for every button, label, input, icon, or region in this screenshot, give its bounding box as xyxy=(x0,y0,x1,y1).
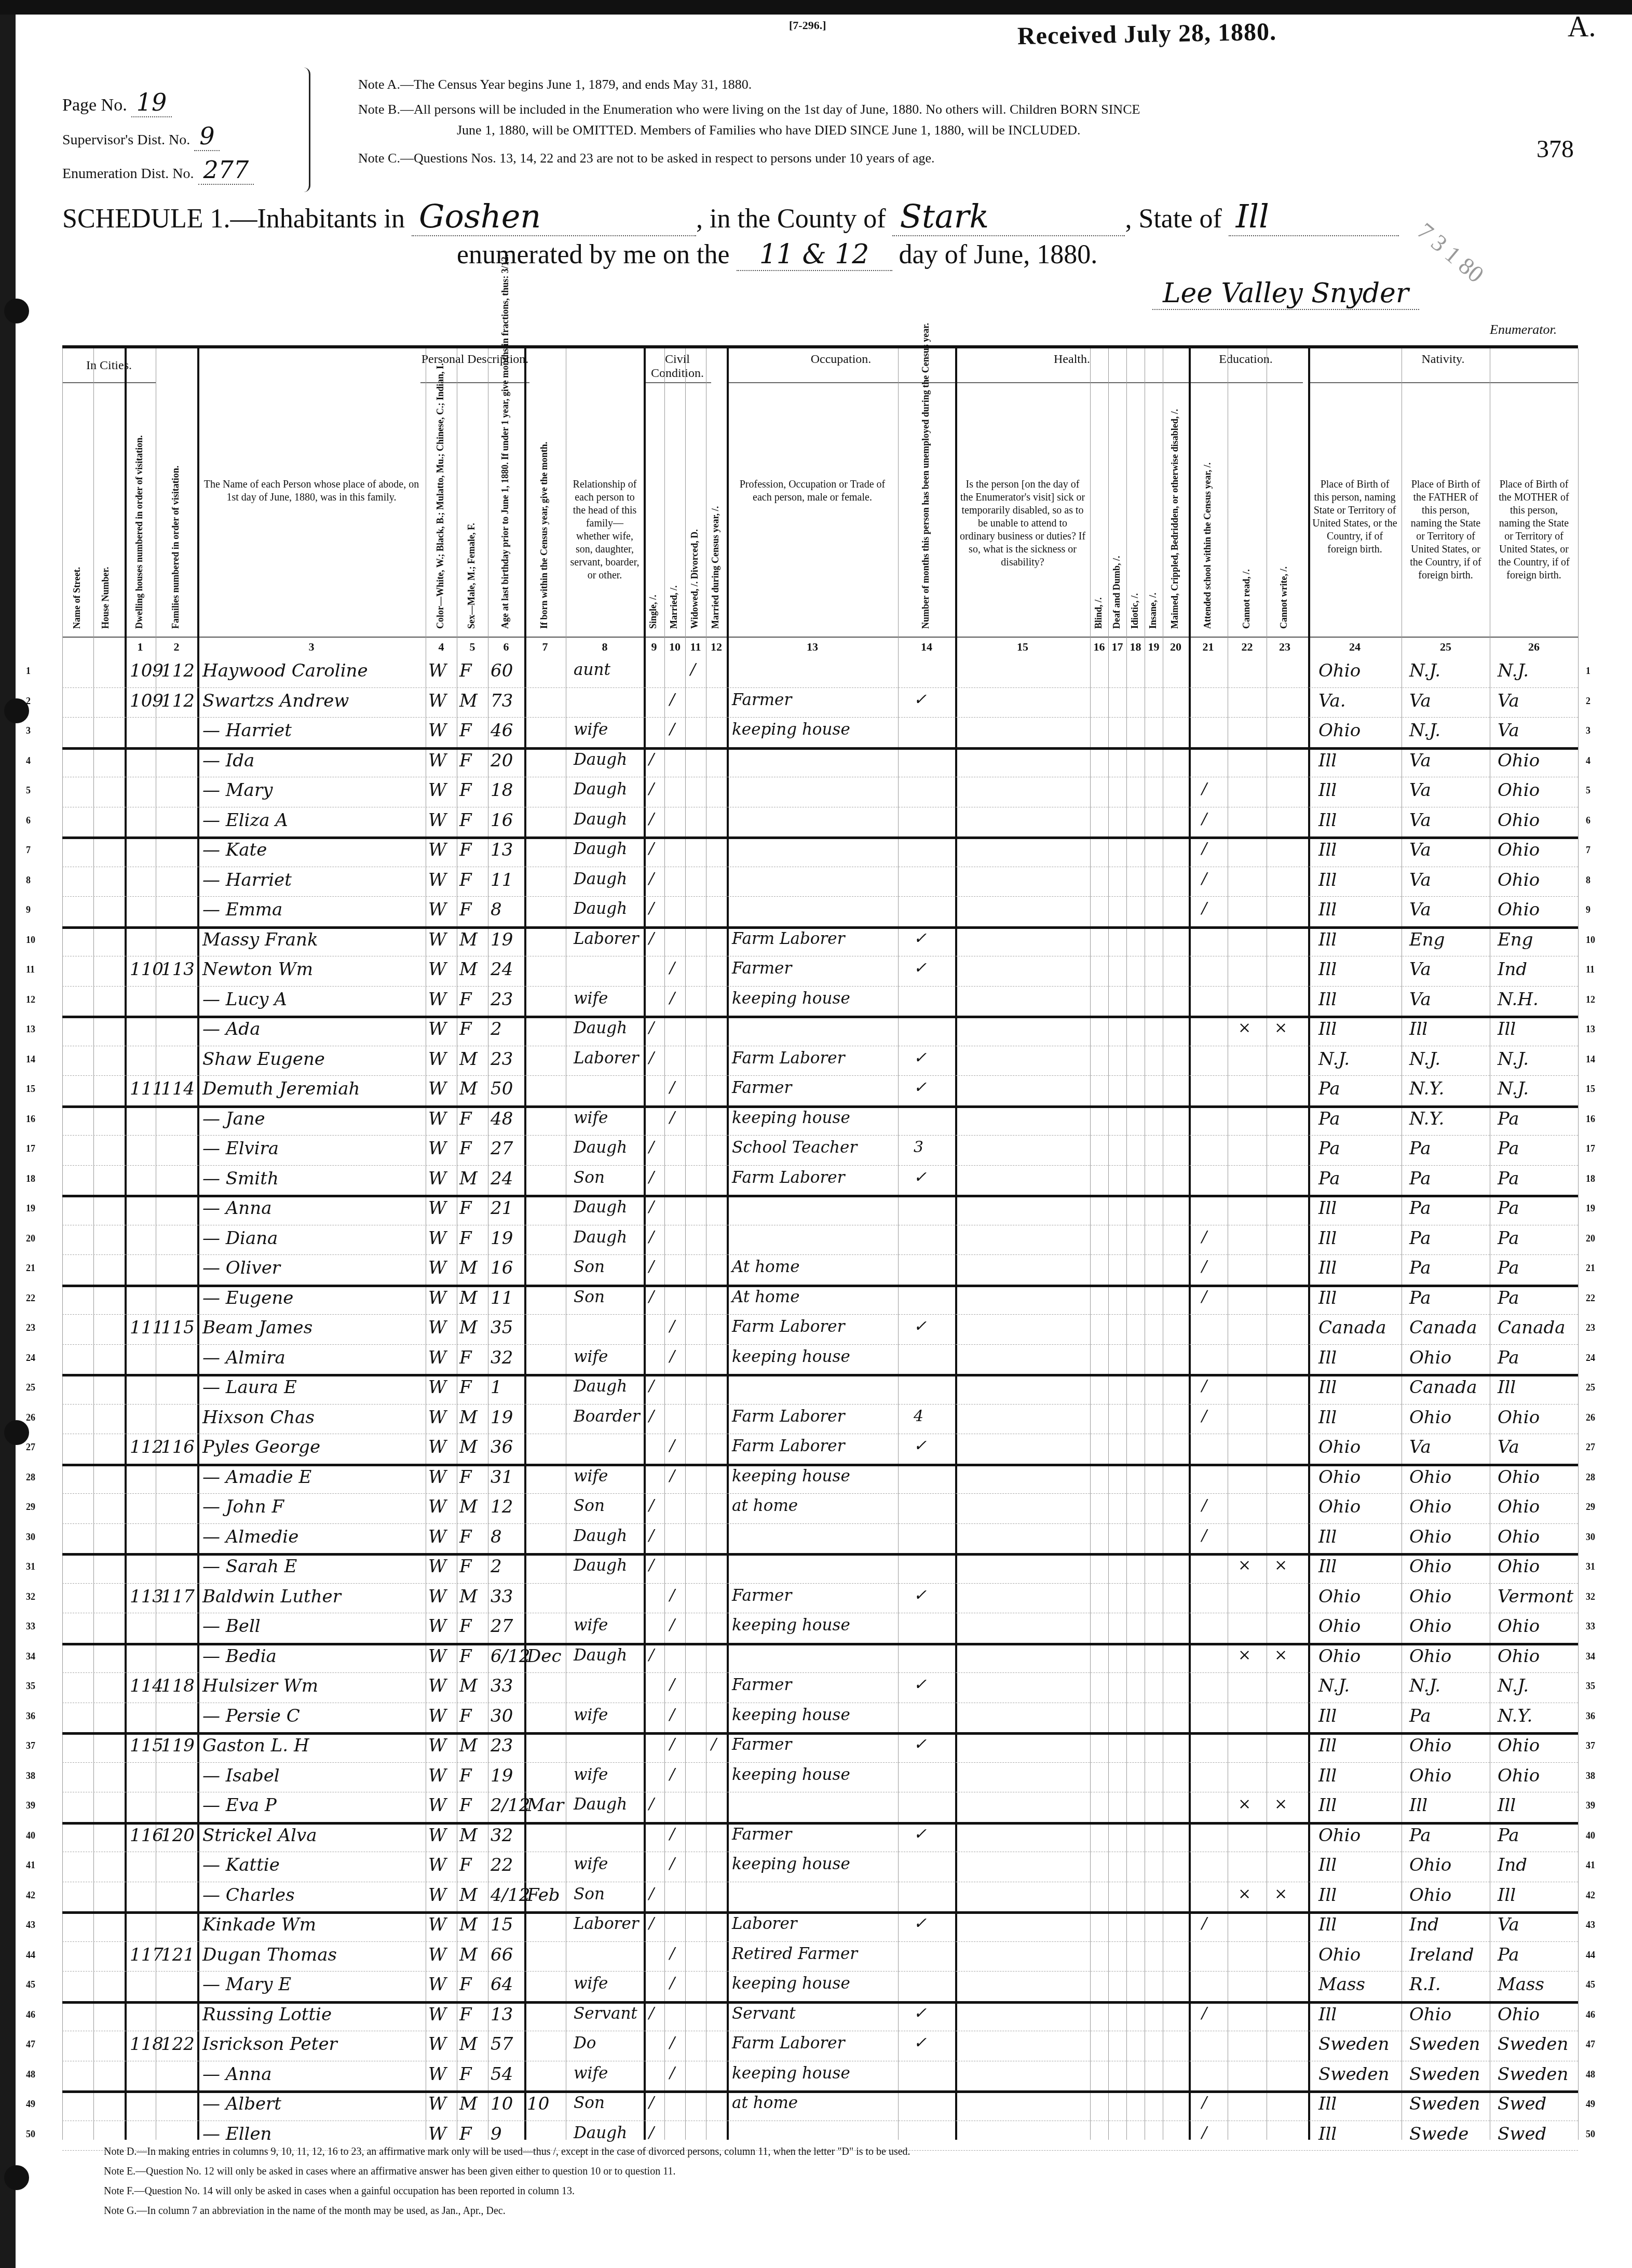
father-birthplace: N.J. xyxy=(1409,1676,1440,1696)
occupation: Farm Laborer xyxy=(732,2034,845,2053)
family-number: 118 xyxy=(161,1676,195,1696)
relationship: Son xyxy=(574,1258,605,1276)
color: W xyxy=(428,1706,446,1726)
father-birthplace: Va xyxy=(1409,899,1431,920)
color: W xyxy=(428,840,446,860)
line-number: 48 xyxy=(1586,2069,1595,2080)
column-number: 25 xyxy=(1402,640,1490,654)
person-name: — Bedia xyxy=(202,1646,277,1667)
age: 15 xyxy=(491,1914,513,1935)
birthplace: Ill xyxy=(1318,2094,1337,2114)
person-name: — Diana xyxy=(202,1228,278,1249)
single-mark: / xyxy=(649,1049,654,1067)
color: W xyxy=(428,780,446,801)
months-unemployed: ✓ xyxy=(914,1735,927,1753)
age: 2/12 xyxy=(491,1795,530,1816)
line-number: 4 xyxy=(1586,755,1590,766)
color: W xyxy=(428,1049,446,1070)
person-name: — Harriet xyxy=(202,870,292,890)
table-row: 2121— OliverWM16Son/At home/IllPaPa xyxy=(62,1254,1578,1287)
color: W xyxy=(428,1795,446,1816)
line-number: 25 xyxy=(1586,1382,1595,1393)
birthplace: Ill xyxy=(1318,1288,1337,1308)
color: W xyxy=(428,1228,446,1249)
person-name: — Laura E xyxy=(202,1377,297,1398)
column-number: 14 xyxy=(898,640,955,654)
binding-ring xyxy=(4,1420,29,1445)
column-header-9: Single, /. xyxy=(648,395,659,629)
age: 1 xyxy=(491,1377,502,1398)
mother-birthplace: N.J. xyxy=(1498,1049,1529,1070)
relationship: Daugh xyxy=(574,1198,627,1217)
line-number: 47 xyxy=(1586,2039,1595,2050)
column-header-21: Attended school within the Census year, … xyxy=(1202,395,1213,629)
months-unemployed: ✓ xyxy=(914,959,927,977)
table-row: 77— KateWF13Daugh//IllVaOhio xyxy=(62,836,1578,867)
age: 18 xyxy=(491,780,513,801)
birthplace: Ill xyxy=(1318,1885,1337,1906)
family-number: 120 xyxy=(161,1825,195,1846)
married-mark: / xyxy=(670,1437,675,1455)
birthplace: Ill xyxy=(1318,1527,1337,1547)
father-birthplace: Ill xyxy=(1409,1019,1427,1039)
binding-ring xyxy=(4,2165,29,2190)
relationship: Daugh xyxy=(574,1138,627,1157)
birthplace: Ill xyxy=(1318,840,1337,860)
father-birthplace: Canada xyxy=(1409,1317,1477,1338)
age: 27 xyxy=(491,1616,513,1637)
line-number: 7 xyxy=(26,845,31,856)
note-c: Note C.—Questions Nos. 13, 14, 22 and 23… xyxy=(358,151,935,166)
birthplace: Ohio xyxy=(1318,1646,1361,1667)
state-value: Ill xyxy=(1229,197,1399,236)
line-number: 12 xyxy=(26,994,35,1005)
single-mark: / xyxy=(649,1019,654,1037)
line-number: 39 xyxy=(1586,1800,1595,1811)
age: 30 xyxy=(491,1706,513,1726)
mother-birthplace: Ohio xyxy=(1498,840,1540,860)
relationship: Son xyxy=(574,1496,605,1515)
color: W xyxy=(428,959,446,980)
person-name: Demuth Jeremiah xyxy=(202,1078,360,1099)
relationship: wife xyxy=(574,2064,608,2083)
married-mark: / xyxy=(670,1109,675,1127)
age: 9 xyxy=(491,2124,502,2144)
line-number: 21 xyxy=(26,1263,35,1274)
table-row: 2323111115Beam JamesWM35/Farm Laborer✓Ca… xyxy=(62,1314,1578,1345)
birthplace: Ill xyxy=(1318,2124,1337,2144)
birthplace: Ill xyxy=(1318,1377,1337,1398)
father-birthplace: Ohio xyxy=(1409,1616,1451,1637)
mother-birthplace: Ohio xyxy=(1498,810,1540,831)
mother-birthplace: Ohio xyxy=(1498,1735,1540,1756)
person-name: Massy Frank xyxy=(202,929,318,950)
sex: F xyxy=(459,1646,472,1667)
enumeration-date-line: enumerated by me on the 11 & 12 day of J… xyxy=(457,239,1097,271)
column-number: 24 xyxy=(1308,640,1402,654)
single-mark: / xyxy=(649,1228,654,1246)
column-number: 5 xyxy=(457,640,488,654)
birth-month: Feb xyxy=(527,1885,560,1906)
person-name: Dugan Thomas xyxy=(202,1945,337,1965)
occupation: keeping house xyxy=(732,1616,850,1635)
line-number: 32 xyxy=(26,1591,35,1602)
single-mark: / xyxy=(649,1914,654,1933)
person-name: — Mary E xyxy=(202,1974,291,1995)
age: 23 xyxy=(491,1735,513,1756)
father-birthplace: Va xyxy=(1409,691,1431,711)
sex: F xyxy=(459,1138,472,1159)
father-birthplace: Ohio xyxy=(1409,1407,1451,1428)
single-mark: / xyxy=(649,780,654,798)
dwelling-number: 109 xyxy=(130,691,164,711)
relationship: Laborer xyxy=(574,1914,639,1933)
sex: F xyxy=(459,1198,472,1219)
line-number: 20 xyxy=(1586,1233,1595,1244)
table-row: 3232113117Baldwin LutherWM33/Farmer✓Ohio… xyxy=(62,1583,1578,1614)
sex: F xyxy=(459,1616,472,1637)
person-name: — Smith xyxy=(202,1168,279,1189)
line-number: 29 xyxy=(26,1502,35,1513)
table-row: 2222— EugeneWM11Son/At home/IllPaPa xyxy=(62,1285,1578,1315)
father-birthplace: Pa xyxy=(1409,1706,1431,1726)
married-mark: / xyxy=(670,1825,675,1843)
color: W xyxy=(428,989,446,1010)
age: 13 xyxy=(491,2004,513,2025)
color: W xyxy=(428,1258,446,1278)
schedule-prefix: SCHEDULE 1.—Inhabitants in xyxy=(62,204,405,234)
color: W xyxy=(428,1616,446,1637)
birthplace: Mass xyxy=(1318,1974,1365,1995)
color: W xyxy=(428,870,446,890)
father-birthplace: Ohio xyxy=(1409,2004,1451,2025)
father-birthplace: Va xyxy=(1409,989,1431,1010)
mother-birthplace: N.H. xyxy=(1498,989,1539,1010)
group-education: Education. xyxy=(1189,353,1303,367)
attended-school-mark: / xyxy=(1202,1288,1207,1306)
binding-ring xyxy=(4,698,29,723)
mother-birthplace: Va xyxy=(1498,720,1519,741)
sex: M xyxy=(459,1407,478,1428)
father-birthplace: Va xyxy=(1409,959,1431,980)
father-birthplace: N.J. xyxy=(1409,720,1440,741)
mother-birthplace: Sweden xyxy=(1498,2034,1568,2055)
line-number: 12 xyxy=(1586,994,1595,1005)
county-label: , in the County of xyxy=(696,204,886,234)
months-unemployed: ✓ xyxy=(914,1676,927,1694)
family-number: 114 xyxy=(161,1078,195,1099)
dwelling-number: 116 xyxy=(130,1825,164,1846)
color: W xyxy=(428,2094,446,2114)
single-mark: / xyxy=(649,1377,654,1395)
sex: F xyxy=(459,1377,472,1398)
father-birthplace: N.Y. xyxy=(1409,1078,1444,1099)
line-number: 45 xyxy=(1586,1979,1595,1990)
person-name: — Bell xyxy=(202,1616,261,1637)
relationship: Daugh xyxy=(574,1019,627,1037)
father-birthplace: Pa xyxy=(1409,1138,1431,1159)
occupation: keeping house xyxy=(732,1855,850,1873)
family-number: 112 xyxy=(161,691,195,711)
line-number: 18 xyxy=(26,1173,35,1184)
mother-birthplace: Ohio xyxy=(1498,1616,1540,1637)
mother-birthplace: Ill xyxy=(1498,1019,1516,1039)
sex: F xyxy=(459,1019,472,1039)
table-row: 1414Shaw EugeneWM23Laborer/Farm Laborer✓… xyxy=(62,1046,1578,1076)
line-number: 16 xyxy=(26,1114,35,1125)
attended-school-mark: / xyxy=(1202,810,1207,828)
birthplace: Pa xyxy=(1318,1078,1340,1099)
sex: M xyxy=(459,2034,478,2055)
age: 24 xyxy=(491,1168,513,1189)
table-row: 3535114118Hulsizer WmWM33/Farmer✓N.J.N.J… xyxy=(62,1672,1578,1703)
occupation: keeping house xyxy=(732,989,850,1008)
mother-birthplace: Pa xyxy=(1498,1258,1519,1278)
birthplace: N.J. xyxy=(1318,1049,1350,1070)
relationship: Servant xyxy=(574,2004,637,2023)
mother-birthplace: Pa xyxy=(1498,1198,1519,1219)
column-header-4: Color—White, W.; Black, B.; Mulatto, Mu.… xyxy=(435,395,446,629)
mother-birthplace: Pa xyxy=(1498,1168,1519,1189)
table-row: 3636— Persie CWF30wife/keeping houseIllP… xyxy=(62,1703,1578,1735)
person-name: — Almira xyxy=(202,1347,285,1368)
occupation: Laborer xyxy=(732,1914,797,1933)
single-mark: / xyxy=(649,1288,654,1306)
column-number: 16 xyxy=(1090,640,1108,654)
mother-birthplace: Ohio xyxy=(1498,870,1540,890)
person-name: — Harriet xyxy=(202,720,292,741)
sex: M xyxy=(459,691,478,711)
person-name: — Mary xyxy=(202,780,273,801)
person-name: Russing Lottie xyxy=(202,2004,332,2025)
relationship: wife xyxy=(574,1616,608,1635)
color: W xyxy=(428,1078,446,1099)
table-row: 4444117121Dugan ThomasWM66/Retired Farme… xyxy=(62,1941,1578,1972)
birthplace: Ill xyxy=(1318,929,1337,950)
mother-birthplace: Sweden xyxy=(1498,2064,1568,2085)
line-number: 23 xyxy=(26,1322,35,1333)
color: W xyxy=(428,1676,446,1696)
column-header-22: Cannot read, /. xyxy=(1241,395,1252,629)
birthplace: Ill xyxy=(1318,1228,1337,1249)
line-number: 25 xyxy=(26,1382,35,1393)
single-mark: / xyxy=(649,1258,654,1276)
color: W xyxy=(428,720,446,741)
family-number: 119 xyxy=(161,1735,195,1756)
mother-birthplace: Ohio xyxy=(1498,1407,1540,1428)
sex: F xyxy=(459,989,472,1010)
occupation: Farmer xyxy=(732,959,792,978)
birthplace: Ill xyxy=(1318,1407,1337,1428)
person-name: Beam James xyxy=(202,1317,312,1338)
person-name: Hulsizer Wm xyxy=(202,1676,318,1696)
scan-border-top xyxy=(0,0,1632,15)
color: W xyxy=(428,1347,446,1368)
column-number: 17 xyxy=(1108,640,1126,654)
attended-school-mark: / xyxy=(1202,1407,1207,1425)
married-mark: / xyxy=(670,959,675,977)
age: 36 xyxy=(491,1437,513,1457)
color: W xyxy=(428,1317,446,1338)
line-number: 24 xyxy=(1586,1353,1595,1363)
mother-birthplace: Ohio xyxy=(1498,1467,1540,1488)
column-header-1: Dwelling houses numbered in order of vis… xyxy=(134,395,145,629)
person-name: — Anna xyxy=(202,2064,271,2085)
line-number: 34 xyxy=(1586,1651,1595,1662)
mother-birthplace: Canada xyxy=(1498,1317,1566,1338)
table-row: 1010Massy FrankWM19Laborer/Farm Laborer✓… xyxy=(62,926,1578,957)
cannot-read-mark: × xyxy=(1238,1646,1251,1664)
age: 21 xyxy=(491,1198,513,1219)
person-name: Kinkade Wm xyxy=(202,1914,316,1935)
single-mark: / xyxy=(649,929,654,948)
occupation: at home xyxy=(732,1496,798,1515)
table-row: 4141— KattieWF22wife/keeping houseIllOhi… xyxy=(62,1852,1578,1882)
single-mark: / xyxy=(649,840,654,858)
sex: M xyxy=(459,1945,478,1965)
column-number: 20 xyxy=(1163,640,1189,654)
relationship: Daugh xyxy=(574,840,627,858)
age: 19 xyxy=(491,929,513,950)
married-mark: / xyxy=(670,1467,675,1485)
birthplace: Ill xyxy=(1318,1706,1337,1726)
age: 11 xyxy=(491,870,513,890)
relationship: wife xyxy=(574,1765,608,1784)
birthplace: N.J. xyxy=(1318,1676,1350,1696)
birthplace: Ill xyxy=(1318,899,1337,920)
mother-birthplace: Va xyxy=(1498,1914,1519,1935)
mother-birthplace: Vermont xyxy=(1498,1586,1573,1607)
cannot-write-mark: × xyxy=(1274,1556,1287,1574)
color: W xyxy=(428,1019,446,1039)
attended-school-mark: / xyxy=(1202,899,1207,917)
single-mark: / xyxy=(649,1885,654,1903)
sex: M xyxy=(459,1735,478,1756)
birthplace: Ill xyxy=(1318,1556,1337,1577)
age: 31 xyxy=(491,1467,513,1488)
color: W xyxy=(428,2034,446,2055)
occupation: At home xyxy=(732,1258,800,1276)
single-mark: / xyxy=(649,1496,654,1515)
attended-school-mark: / xyxy=(1202,2124,1207,2142)
column-number: 19 xyxy=(1145,640,1163,654)
color: W xyxy=(428,2064,446,2085)
form-number: [7-296.] xyxy=(789,19,826,32)
married-mark: / xyxy=(670,1855,675,1873)
birth-month: 10 xyxy=(527,2094,549,2114)
sex: M xyxy=(459,1885,478,1906)
birthplace: Ohio xyxy=(1318,1467,1361,1488)
age: 33 xyxy=(491,1676,513,1696)
birthplace: Ill xyxy=(1318,1855,1337,1875)
relationship: Daugh xyxy=(574,1527,627,1545)
months-unemployed: ✓ xyxy=(914,1437,927,1455)
single-mark: / xyxy=(649,2004,654,2022)
person-name: Hixson Chas xyxy=(202,1407,315,1428)
father-birthplace: Eng xyxy=(1409,929,1445,950)
occupation: Farm Laborer xyxy=(732,1317,845,1336)
age: 2 xyxy=(491,1019,502,1039)
birthplace: Ill xyxy=(1318,1347,1337,1368)
person-name: — Eugene xyxy=(202,1288,293,1308)
birthplace: Ill xyxy=(1318,1198,1337,1219)
father-birthplace: Ind xyxy=(1409,1914,1439,1935)
line-number: 45 xyxy=(26,1979,35,1990)
line-number: 40 xyxy=(1586,1830,1595,1841)
column-header-2: Families numbered in order of visitation… xyxy=(170,395,181,629)
mother-birthplace: Ohio xyxy=(1498,750,1540,771)
column-header-19: Insane, /. xyxy=(1148,395,1159,629)
line-number: 40 xyxy=(26,1830,35,1841)
table-row: 4040116120Strickel AlvaWM32/Farmer✓OhioP… xyxy=(62,1822,1578,1853)
family-number: 113 xyxy=(161,959,195,980)
married-mark: / xyxy=(670,1765,675,1784)
age: 35 xyxy=(491,1317,513,1338)
mother-birthplace: Ill xyxy=(1498,1377,1516,1398)
months-unemployed: ✓ xyxy=(914,1586,927,1604)
binding-edge xyxy=(0,0,16,2268)
age: 46 xyxy=(491,720,513,741)
months-unemployed: ✓ xyxy=(914,929,927,948)
married-mark: / xyxy=(670,989,675,1007)
meta-brace xyxy=(304,67,310,192)
line-number: 2 xyxy=(26,696,31,707)
mother-birthplace: Pa xyxy=(1498,1138,1519,1159)
relationship: wife xyxy=(574,1706,608,1724)
birthplace: Ill xyxy=(1318,750,1337,771)
column-header-13: Profession, Occupation or Trade of each … xyxy=(731,478,894,504)
dwelling-number: 115 xyxy=(130,1735,164,1756)
age: 66 xyxy=(491,1945,513,1965)
person-name: Haywood Caroline xyxy=(202,660,368,681)
relationship: aunt xyxy=(574,660,610,679)
person-name: — Elvira xyxy=(202,1138,279,1159)
occupation: Farmer xyxy=(732,1586,792,1605)
color: W xyxy=(428,1885,446,1906)
married-mark: / xyxy=(670,691,675,709)
attended-school-mark: / xyxy=(1202,1377,1207,1395)
state-label: , State of xyxy=(1125,204,1221,234)
mother-birthplace: Ohio xyxy=(1498,780,1540,801)
age: 24 xyxy=(491,959,513,980)
column-header-7: If born within the Census year, give the… xyxy=(539,395,550,629)
person-name: Gaston L. H xyxy=(202,1735,309,1756)
single-mark: / xyxy=(649,899,654,917)
dwelling-number: 118 xyxy=(130,2034,164,2055)
relationship: wife xyxy=(574,720,608,739)
color: W xyxy=(428,750,446,771)
months-unemployed: ✓ xyxy=(914,2034,927,2052)
line-number: 22 xyxy=(1586,1293,1595,1304)
months-unemployed: ✓ xyxy=(914,1168,927,1186)
mother-birthplace: Ohio xyxy=(1498,1646,1540,1667)
relationship: Son xyxy=(574,1168,605,1187)
line-number: 48 xyxy=(26,2069,35,2080)
column-header-11: Widowed, /. Divorced, D. xyxy=(689,395,700,629)
birthplace: Ill xyxy=(1318,1914,1337,1935)
line-number: 50 xyxy=(1586,2129,1595,2140)
father-birthplace: Va xyxy=(1409,870,1431,890)
dwelling-number: 111 xyxy=(130,1317,164,1338)
father-birthplace: Ohio xyxy=(1409,1347,1451,1368)
table-row: 2727112116Pyles GeorgeWM36/Farm Laborer✓… xyxy=(62,1434,1578,1466)
column-header-city-1: House Number. xyxy=(100,395,111,629)
married-mark: / xyxy=(670,1347,675,1366)
line-number: 22 xyxy=(26,1293,35,1304)
line-number: 42 xyxy=(26,1890,35,1901)
person-name: Shaw Eugene xyxy=(202,1049,325,1070)
sex: M xyxy=(459,1168,478,1189)
